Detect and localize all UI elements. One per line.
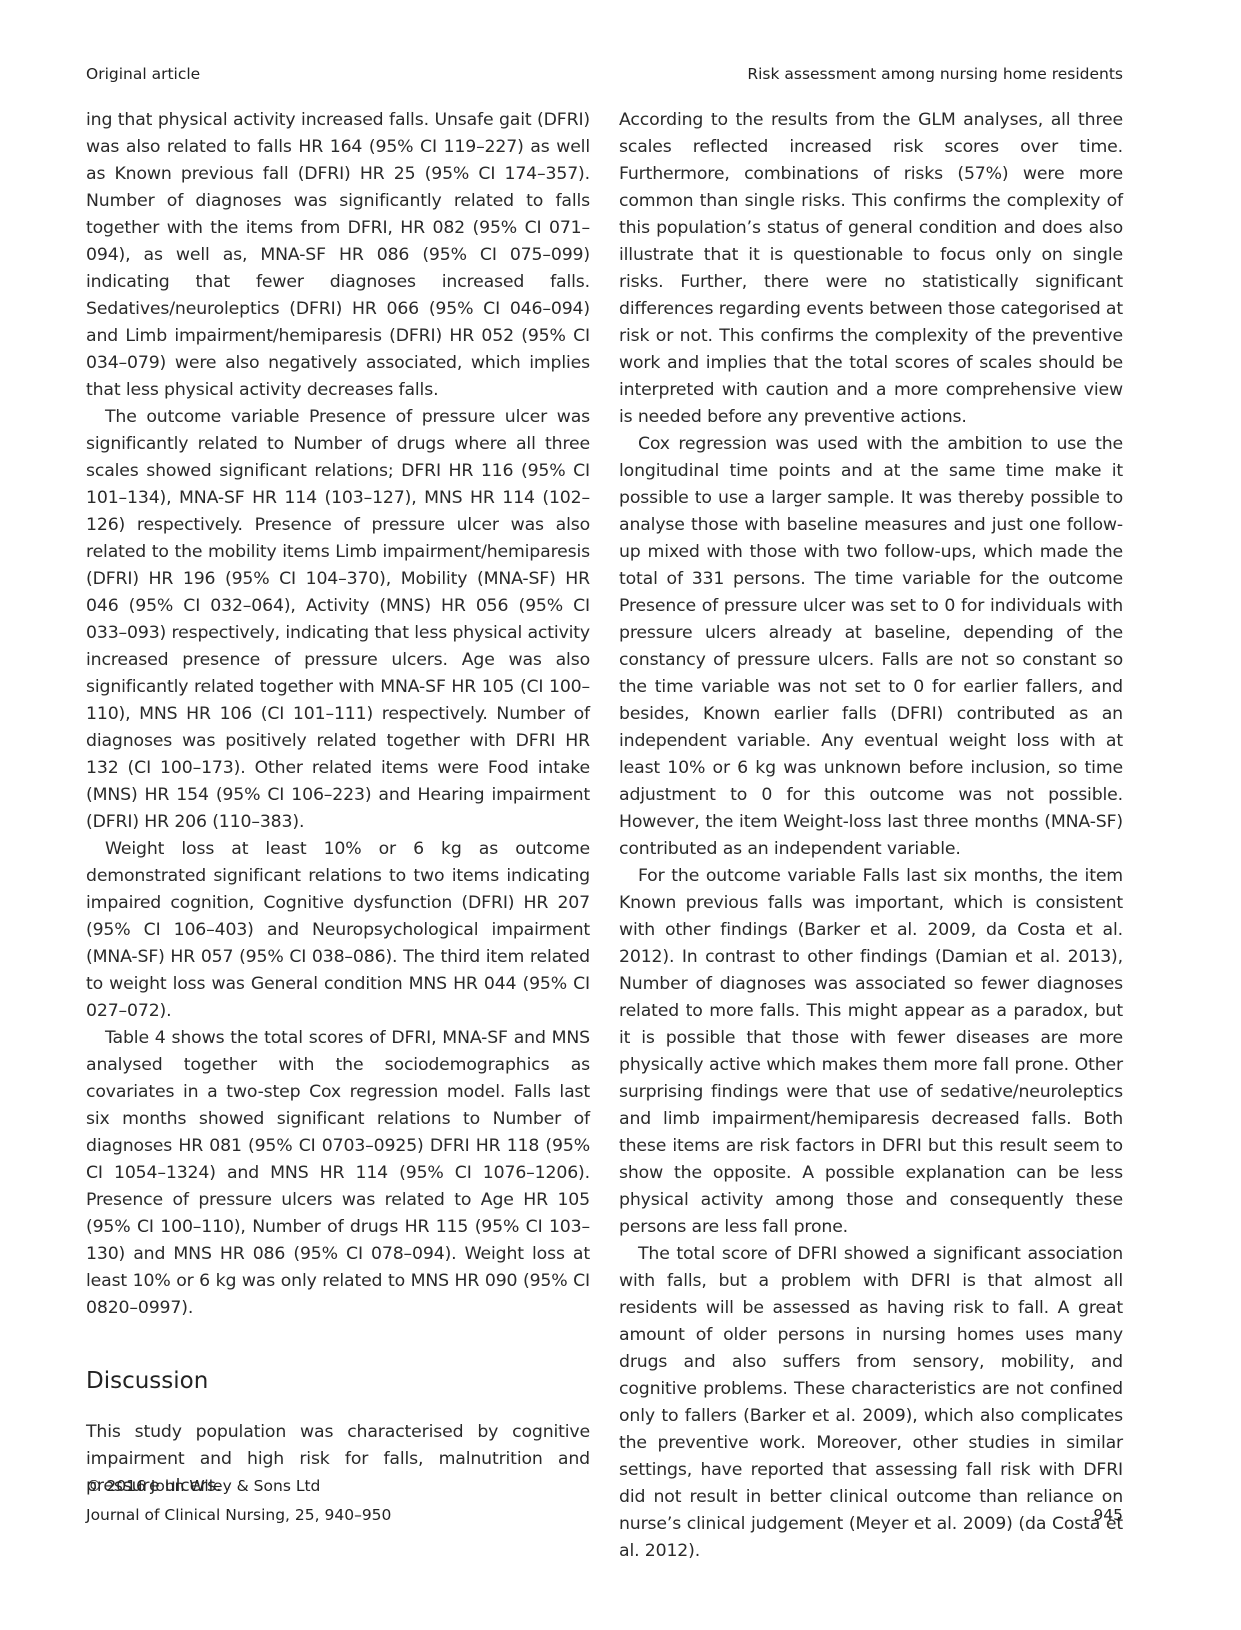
paragraph: For the outcome variable Falls last six … bbox=[619, 863, 1123, 1241]
body-columns: ing that physical activity increased fal… bbox=[86, 107, 1123, 1565]
paragraph: According to the results from the GLM an… bbox=[619, 107, 1123, 431]
paragraph: The outcome variable Presence of pressur… bbox=[86, 404, 590, 836]
article-page: Original article Risk assessment among n… bbox=[0, 0, 1241, 1630]
paragraph: Weight loss at least 10% or 6 kg as outc… bbox=[86, 836, 590, 1025]
paragraph: ing that physical activity increased fal… bbox=[86, 107, 590, 404]
right-column: According to the results from the GLM an… bbox=[619, 107, 1123, 1565]
section-heading: Discussion bbox=[86, 1368, 590, 1395]
paragraph: Cox regression was used with the ambitio… bbox=[619, 431, 1123, 863]
running-head: Original article Risk assessment among n… bbox=[86, 64, 1123, 84]
page-footer: © 2016 John Wiley & Sons Ltd Journal of … bbox=[86, 1472, 1123, 1530]
running-head-title: Risk assessment among nursing home resid… bbox=[747, 64, 1123, 84]
left-column: ing that physical activity increased fal… bbox=[86, 107, 590, 1565]
footer-copyright: © 2016 John Wiley & Sons Ltd bbox=[86, 1472, 1123, 1501]
footer-journal-citation: Journal of Clinical Nursing, 25, 940–950 bbox=[86, 1501, 391, 1530]
running-head-article-type: Original article bbox=[86, 64, 200, 84]
paragraph: Table 4 shows the total scores of DFRI, … bbox=[86, 1025, 590, 1322]
footer-page-number: 945 bbox=[1093, 1501, 1123, 1530]
